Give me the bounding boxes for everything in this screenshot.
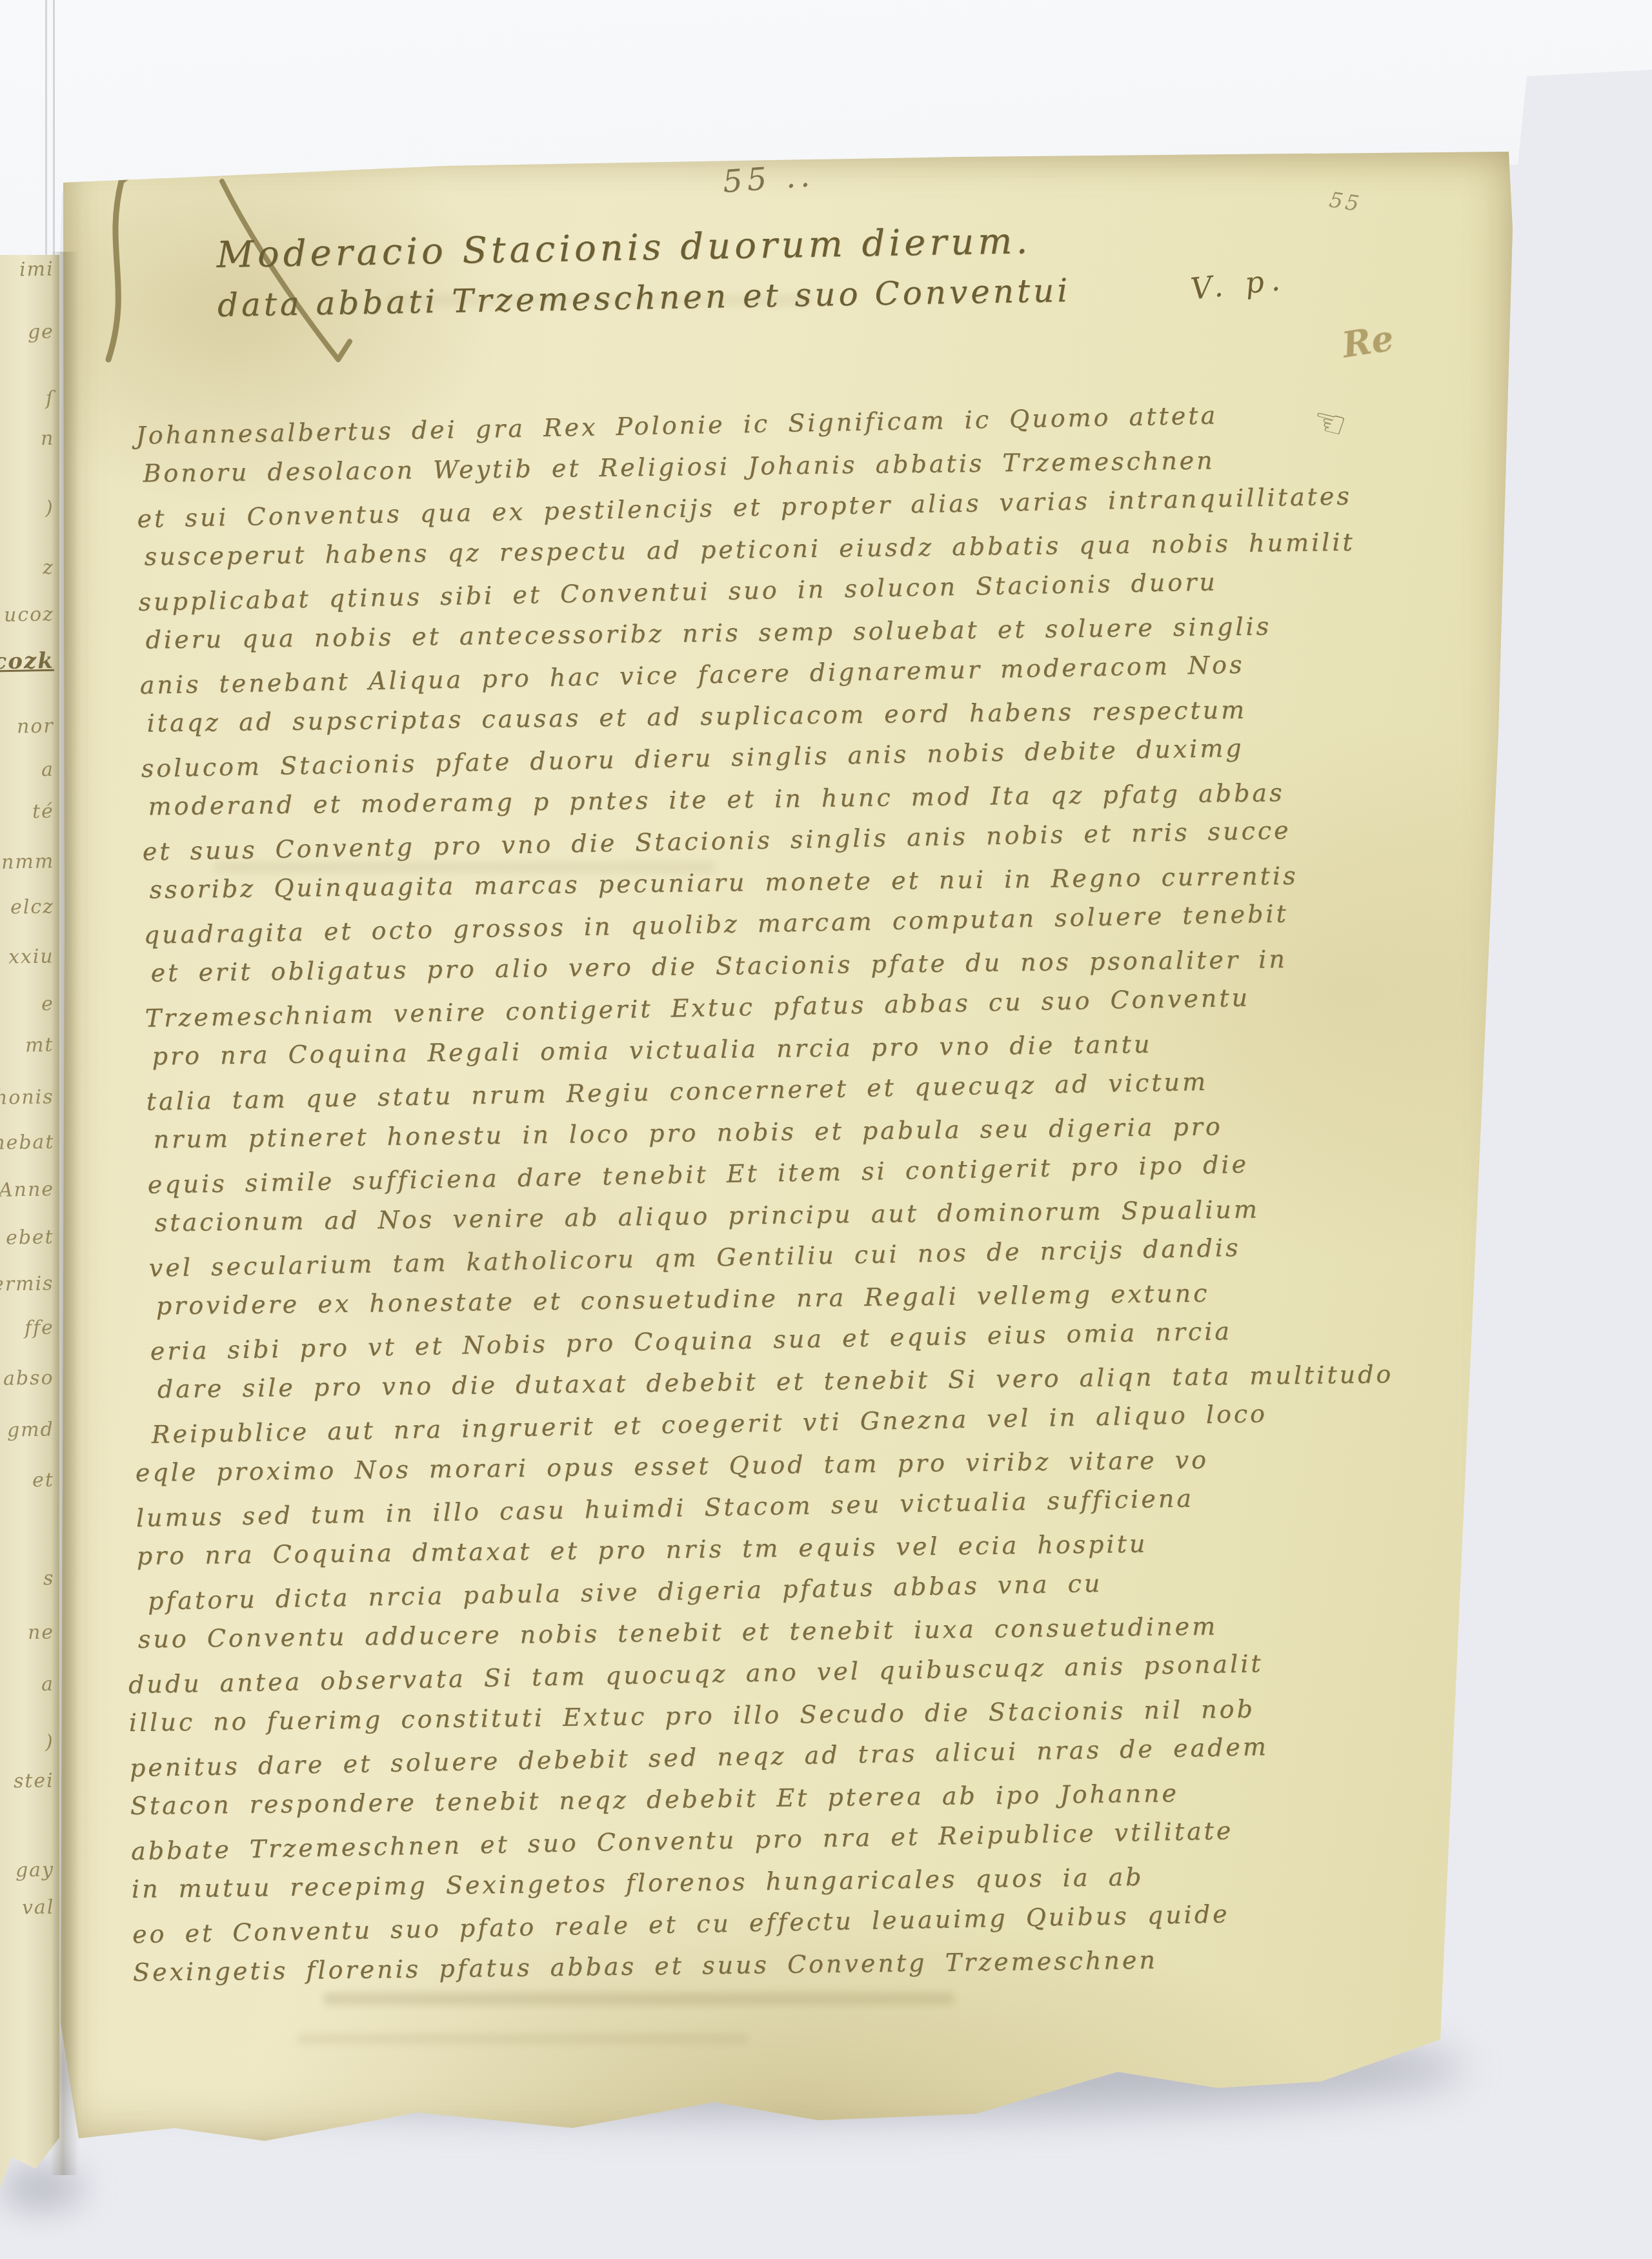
margin-fragment: Anne (0, 1178, 54, 1201)
ink-showthrough (297, 2034, 749, 2044)
margin-fragment: ucoz (4, 603, 55, 626)
folio-number-corner: 55 (1327, 187, 1363, 216)
margin-fragment: gmd (7, 1418, 54, 1441)
body-text-block: Johannesalbertus dei gra Rex Polonie ic … (136, 394, 1360, 1995)
marginal-annotation-re: Re (1339, 317, 1396, 366)
margin-fragment: abso (3, 1366, 54, 1390)
margin-fragment: nor (17, 714, 54, 738)
margin-fragment: elcz (10, 895, 55, 918)
margin-fragment: stei (14, 1769, 54, 1792)
margin-fragment: gay (15, 1858, 55, 1881)
facing-page-text-fragments: imigeſn)zucoziolcozknoraténmmelczxxiuemt… (0, 0, 57, 2259)
document-heading: Moderacio Stacionis duorum dierum. data … (216, 219, 1071, 324)
margin-fragment: imi (19, 258, 54, 281)
margin-fragment: ermis (0, 1272, 54, 1296)
margin-fragment: val (21, 1896, 54, 1920)
folio-number-center: 55 .. (721, 157, 815, 200)
ink-showthrough (323, 1992, 955, 2005)
manuscript-page: 55 .. 55 Moderacio Stacionis duorum dier… (59, 152, 1519, 2149)
margin-fragment: ebet (6, 1226, 54, 1249)
margin-fragment: honis (0, 1086, 54, 1109)
photo-backdrop: { "page": { "folio_number_center": "55 .… (0, 0, 1652, 2259)
binding-gutter (50, 252, 79, 2175)
margin-fragment: tmebat (0, 1131, 54, 1155)
margin-fragment: xxiu (8, 945, 54, 968)
margin-fragment: iolcozk (0, 648, 54, 676)
margin-fragment: nmm (1, 850, 54, 873)
